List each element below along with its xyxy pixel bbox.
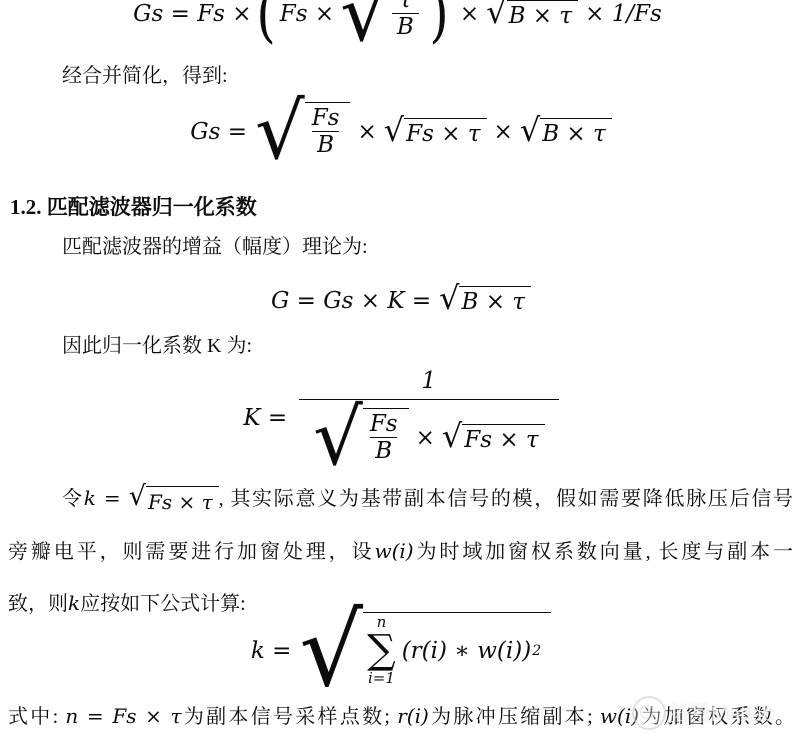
fraction-fs-b: Fs B (365, 411, 403, 465)
paragraph-legend: 式中: n = Fs × τ为副本信号采样点数; r(i)为脉冲压缩副本; w(… (8, 702, 795, 731)
formula-lhs: G = Gs × K = (271, 288, 431, 314)
radicand: n ∑ i=1 (r(i) ∗ w(i))2 (363, 612, 551, 686)
formula-lhs: k = (251, 638, 292, 664)
formula-lhs: Gs = (190, 119, 247, 145)
formula-term: Fs × (280, 1, 334, 27)
fraction-denominator: B (312, 131, 339, 158)
document-page: Gs = Fs × ( Fs × √ τ B ) × √ B × τ × 1/F… (0, 0, 802, 750)
times-operator: × (416, 425, 435, 451)
line2-suffix: 为时域加窗权系数向量, 长度与副本一 (414, 541, 793, 563)
formula-tail: × 1/Fs (585, 1, 662, 27)
line2-prefix: 旁瓣电平，则需要进行加窗处理，设 (8, 541, 374, 563)
formula-gs-expanded: Gs = Fs × ( Fs × √ τ B ) × √ B × τ × 1/F… (0, 0, 802, 45)
fraction-fs-b: Fs B (307, 105, 345, 159)
inline-sqrt-fs-tau: √Fs × τ (129, 486, 219, 516)
radicand: τ B (390, 0, 425, 41)
left-paren: ( (256, 0, 275, 41)
inline-math-wi: w(i) (600, 704, 639, 728)
sqrt-fs-over-b: √ Fs B (255, 102, 350, 163)
inline-math-ri: r(i) (397, 704, 429, 728)
legend-text1: 为副本信号采样点数; (182, 706, 398, 728)
radicand: Fs × τ (146, 486, 219, 516)
sum-lower-limit: i=1 (368, 671, 395, 686)
paragraph-window-line2: 旁瓣电平，则需要进行加窗处理，设w(i)为时域加窗权系数向量, 长度与副本一 (8, 537, 793, 566)
summation: n ∑ i=1 (367, 615, 396, 686)
sqrt-fs-over-b: √ Fs B (313, 408, 408, 469)
fraction-denominator: B (392, 13, 419, 40)
times-operator: × (460, 1, 479, 27)
sqrt-tau-over-b: √ τ B (340, 0, 425, 45)
legend-text2: 为脉冲压缩副本; (429, 706, 600, 728)
sqrt-b-tau: √ B × τ (520, 118, 612, 147)
paragraph-gain-theory: 匹配滤波器的增益（幅度）理论为: (62, 233, 368, 261)
formula-lhs: K = (243, 405, 287, 431)
formula-gain: G = Gs × K = √ B × τ (0, 286, 802, 315)
sqrt-b-tau: √ B × τ (439, 286, 531, 315)
sqrt-b-tau: √ B × τ (486, 0, 578, 29)
legend-text3: 为加窗权系数。 (639, 706, 795, 728)
fraction-tau-b: τ B (392, 0, 419, 41)
times-operator: × (494, 119, 513, 145)
radicand: Fs × τ (462, 424, 544, 453)
radicand: B × τ (507, 0, 579, 29)
radicand: Fs B (305, 102, 351, 159)
inline-math-k-equals: k = (84, 486, 129, 510)
big-fraction: 1 √ Fs B × √ Fs × τ (299, 368, 559, 469)
line1-prefix: 令 (62, 488, 84, 510)
paragraph-window-line1: 令k = √Fs × τ, 其实际意义为基带副本信号的模，假如需要降低脉压后信号 (62, 484, 793, 516)
radicand: Fs B (363, 408, 409, 465)
radical-sign-icon: √ (442, 424, 462, 449)
radical-sign-icon: √ (255, 102, 305, 163)
radicand: Fs × τ (404, 118, 486, 147)
section-heading: 1.2. 匹配滤波器归一化系数 (10, 191, 257, 221)
inline-math-wi: w(i) (374, 539, 413, 563)
fraction-numerator: τ (394, 0, 417, 13)
right-paren: ) (429, 0, 448, 41)
sqrt-fs-tau: √ Fs × τ (384, 118, 487, 147)
sum-body: (r(i) ∗ w(i)) (402, 638, 532, 664)
radical-sign-icon: √ (486, 0, 506, 25)
radical-sign-icon: √ (340, 0, 390, 45)
big-fraction-numerator: 1 (414, 368, 445, 399)
radical-sign-icon: √ (313, 408, 363, 469)
radical-sign-icon: √ (129, 486, 146, 507)
times-operator: × (357, 119, 376, 145)
line1-suffix: , 其实际意义为基带副本信号的模，假如需要降低脉压后信号 (219, 488, 793, 510)
paragraph-k-intro: 因此归一化系数 K 为: (62, 332, 252, 360)
inline-math-n-fs-tau: n = Fs × τ (65, 704, 181, 728)
formula-k-normalization: K = 1 √ Fs B × √ Fs × τ (0, 368, 802, 469)
fraction-numerator: Fs (307, 105, 345, 131)
formula-k-window: k = √ n ∑ i=1 (r(i) ∗ w(i))2 (0, 612, 802, 690)
legend-prefix: 式中: (8, 706, 65, 728)
big-fraction-denominator: √ Fs B × √ Fs × τ (299, 399, 559, 469)
summation-sign-icon: ∑ (367, 631, 396, 669)
fraction-numerator: Fs (365, 411, 403, 437)
exponent: 2 (532, 643, 541, 659)
radical-sign-icon: √ (439, 286, 459, 311)
radical-sign-icon: √ (299, 612, 363, 690)
paragraph-simplify: 经合并简化，得到: (62, 62, 228, 90)
radicand: B × τ (459, 286, 531, 315)
sqrt-fs-tau: √ Fs × τ (442, 424, 545, 453)
radical-sign-icon: √ (520, 118, 540, 143)
radical-sign-icon: √ (384, 118, 404, 143)
fraction-denominator: B (370, 437, 397, 464)
radicand: B × τ (540, 118, 612, 147)
formula-gs-simplified: Gs = √ Fs B × √ Fs × τ × √ B × τ (0, 102, 802, 163)
sqrt-sum: √ n ∑ i=1 (r(i) ∗ w(i))2 (299, 612, 551, 690)
formula-lhs: Gs = Fs × (133, 1, 251, 27)
